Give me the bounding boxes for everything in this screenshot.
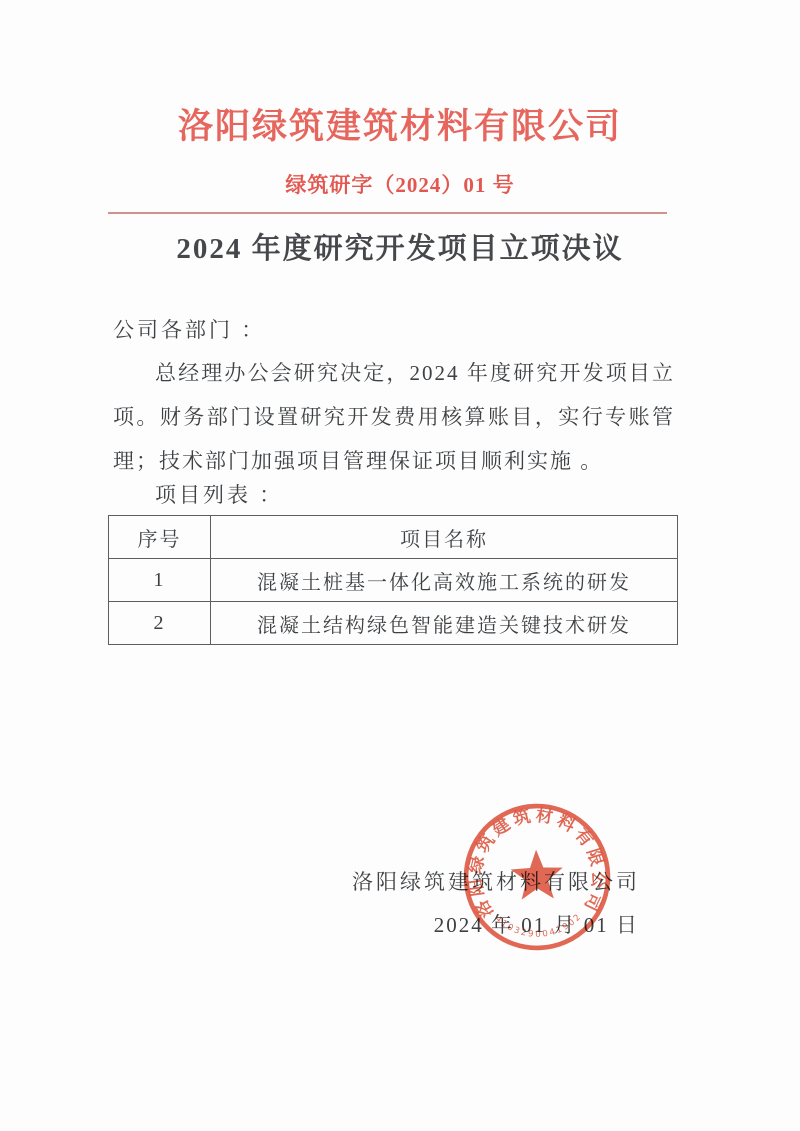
table-row: 2 混凝土结构绿色智能建造关键技术研发 [109,602,678,645]
stamp-arc-label: 洛阳绿筑建筑材料有限公司 [463,802,610,922]
project-list-label: 项目列表 ： [155,479,283,509]
company-title: 洛阳绿筑建筑材料有限公司 [0,99,800,149]
document-page: 洛阳绿筑建筑材料有限公司 绿筑研字（2024）01 号 2024 年度研究开发项… [0,0,800,1131]
cell-no: 2 [109,602,211,645]
table-header-name: 项目名称 [211,516,678,559]
doc-title: 2024 年度研究开发项目立项决议 [0,226,800,267]
cell-no: 1 [109,559,211,602]
table-header-row: 序号 项目名称 [109,516,678,559]
body-paragraph: 总经理办公会研究决定，2024 年度研究开发项目立项。财务部门设置研究开发费用核… [113,351,675,483]
signature-date: 2024 年 01 月 01 日 [434,909,639,939]
projects-table: 序号 项目名称 1 混凝土桩基一体化高效施工系统的研发 2 混凝土结构绿色智能建… [108,515,678,645]
cell-name: 混凝土桩基一体化高效施工系统的研发 [211,559,678,602]
table-row: 1 混凝土桩基一体化高效施工系统的研发 [109,559,678,602]
signature-company: 洛阳绿筑建筑材料有限公司 [352,866,640,896]
doc-number: 绿筑研字（2024）01 号 [0,169,800,199]
header-divider [108,212,667,214]
salutation: 公司各部门 ： [113,314,265,344]
table-header-no: 序号 [109,516,211,559]
cell-name: 混凝土结构绿色智能建造关键技术研发 [211,602,678,645]
